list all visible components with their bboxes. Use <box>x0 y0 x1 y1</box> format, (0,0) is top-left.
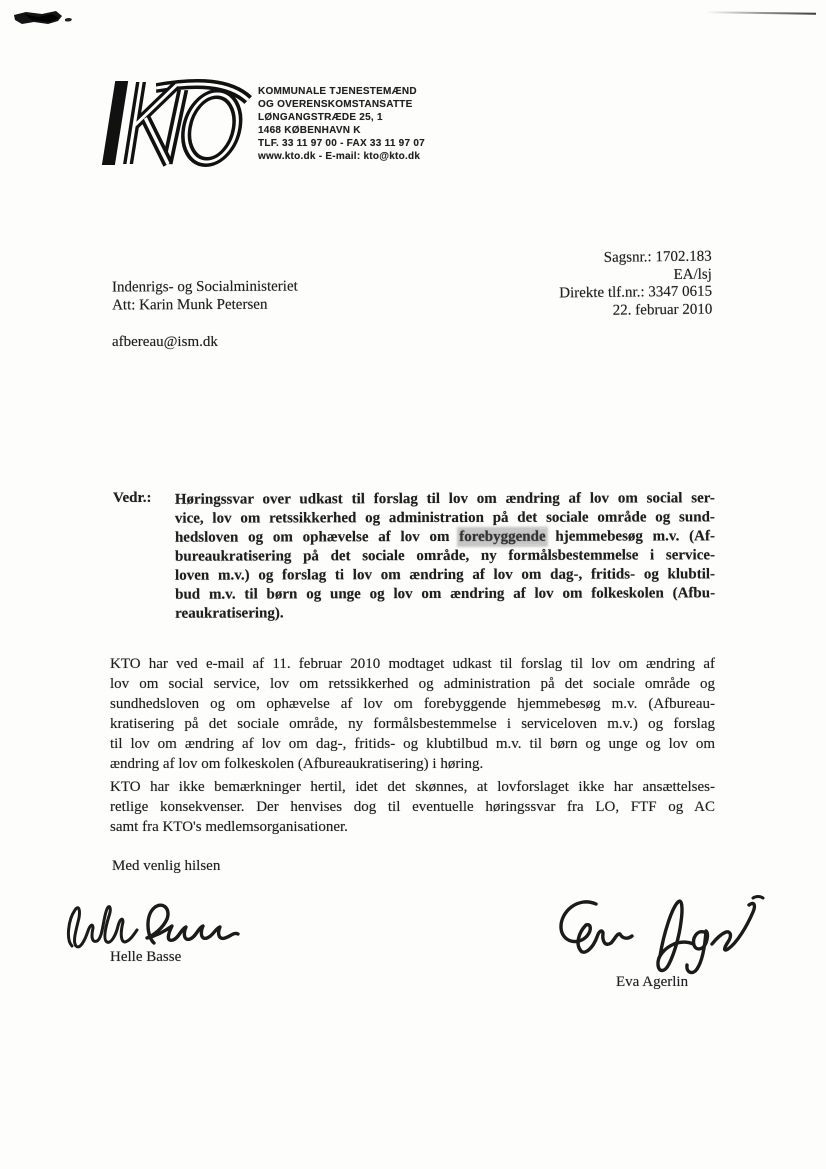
body-paragraph-1: KTO har ved e-mail af 11. februar 2010 m… <box>110 654 715 774</box>
scanned-letter-page: KOMMUNALE TJENESTEMÆNDOG OVERENSKOMSTANS… <box>0 0 826 1169</box>
paragraph-2-lines: KTO har ikke bemærkninger hertil, idet d… <box>110 777 715 817</box>
kto-logo <box>92 76 258 172</box>
highlighted-word: forebyggende <box>459 529 545 545</box>
paragraph-1-last-line: ændring af lov om folkeskolen (Afbureauk… <box>110 754 715 774</box>
org-address-block: KOMMUNALE TJENESTEMÆNDOG OVERENSKOMSTANS… <box>258 85 518 163</box>
subject-line3-pre: hedsloven og om ophævelse af lov om <box>175 529 459 546</box>
subject-line3-post: hjemmebesøg m.v. (Af- <box>546 528 715 544</box>
subject-text: Høringssvar over udkast til forslag til … <box>175 489 715 623</box>
case-meta-block: Sagsnr.: 1702.183EA/lsjDirekte tlf.nr.: … <box>470 249 713 322</box>
recipient-block: Indenrigs- og SocialministerietAtt: Kari… <box>112 279 298 315</box>
subject-line-with-highlight: hedsloven og om ophævelse af lov om fore… <box>175 527 715 547</box>
scan-line-artifact <box>706 11 816 15</box>
handwritten-signature-eva-agerlin <box>548 888 768 983</box>
signer-name-right: Eva Agerlin <box>616 974 688 991</box>
subject-lines-after: bureaukratisering på det sociale område,… <box>175 546 715 604</box>
subject-last-line: reaukratisering). <box>175 603 715 623</box>
subject-label: Vedr.: <box>113 490 151 507</box>
recipient-email: afbereau@ism.dk <box>112 334 218 351</box>
paragraph-1-lines: KTO har ved e-mail af 11. februar 2010 m… <box>110 654 715 754</box>
salutation: Med venlig hilsen <box>112 858 220 875</box>
subject-lines-before: Høringssvar over udkast til forslag til … <box>175 489 715 528</box>
body-paragraph-2: KTO har ikke bemærkninger hertil, idet d… <box>110 777 715 837</box>
paragraph-2-last-line: samt fra KTO's medlemsorganisationer. <box>110 817 715 837</box>
scan-smudge-artifact <box>12 8 76 30</box>
signer-name-left: Helle Basse <box>110 949 181 966</box>
